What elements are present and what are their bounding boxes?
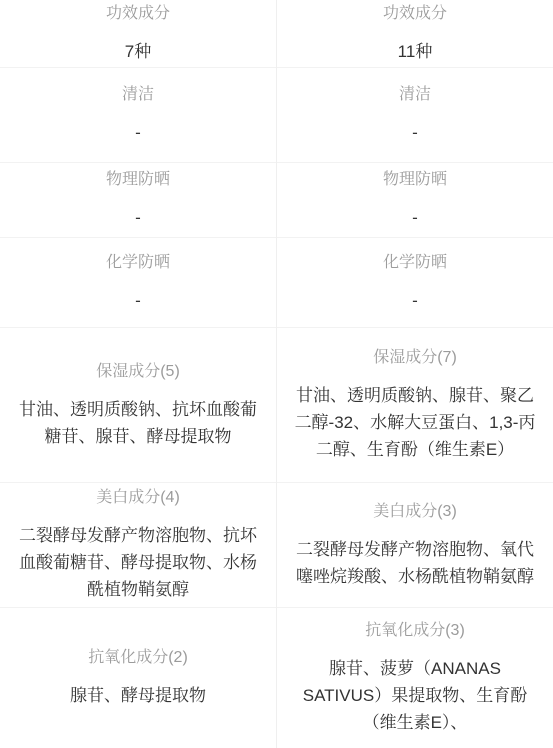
row-value: 腺苷、菠萝（ANANAS SATIVUS）果提取物、生育酚（维生素E）、	[289, 655, 541, 736]
row-value: -	[412, 204, 418, 231]
ingredient-compare-table: 功效成分 7种 清洁 - 物理防晒 - 化学防晒 - 保湿成分(5) 甘油、透明…	[0, 0, 553, 748]
table-row-effective-ingredients: 功效成分 11种	[277, 0, 553, 68]
row-label: 功效成分	[383, 3, 447, 25]
product-column-left: 功效成分 7种 清洁 - 物理防晒 - 化学防晒 - 保湿成分(5) 甘油、透明…	[0, 0, 276, 748]
table-row-chemical-sunscreen: 化学防晒 -	[277, 238, 553, 328]
row-label: 物理防晒	[106, 169, 170, 191]
table-row-physical-sunscreen: 物理防晒 -	[277, 163, 553, 238]
table-row-whitening: 美白成分(4) 二裂酵母发酵产物溶胞物、抗坏血酸葡糖苷、酵母提取物、水杨酰植物鞘…	[0, 483, 276, 608]
row-value: -	[412, 119, 418, 146]
table-row-moisturizing: 保湿成分(5) 甘油、透明质酸钠、抗坏血酸葡糖苷、腺苷、酵母提取物	[0, 328, 276, 483]
row-label: 保湿成分(7)	[373, 347, 457, 369]
row-label: 功效成分	[106, 3, 170, 25]
row-value: 7种	[125, 38, 151, 65]
row-label: 化学防晒	[383, 252, 447, 274]
row-label: 化学防晒	[106, 252, 170, 274]
row-value: 二裂酵母发酵产物溶胞物、抗坏血酸葡糖苷、酵母提取物、水杨酰植物鞘氨醇	[12, 522, 264, 603]
table-row-whitening: 美白成分(3) 二裂酵母发酵产物溶胞物、氧代噻唑烷羧酸、水杨酰植物鞘氨醇	[277, 483, 553, 608]
row-value: -	[412, 287, 418, 314]
table-row-effective-ingredients: 功效成分 7种	[0, 0, 276, 68]
row-label: 美白成分(3)	[373, 501, 457, 523]
row-value: -	[135, 119, 141, 146]
table-row-chemical-sunscreen: 化学防晒 -	[0, 238, 276, 328]
row-value: 腺苷、酵母提取物	[70, 682, 206, 709]
row-label: 美白成分(4)	[96, 487, 180, 509]
row-value: 甘油、透明质酸钠、抗坏血酸葡糖苷、腺苷、酵母提取物	[12, 396, 264, 450]
row-label: 保湿成分(5)	[96, 361, 180, 383]
table-row-physical-sunscreen: 物理防晒 -	[0, 163, 276, 238]
table-row-cleansing: 清洁 -	[277, 68, 553, 163]
row-value: -	[135, 287, 141, 314]
row-label: 抗氧化成分(2)	[88, 647, 188, 669]
row-value: 11种	[398, 38, 433, 65]
product-column-right: 功效成分 11种 清洁 - 物理防晒 - 化学防晒 - 保湿成分(7) 甘油、透…	[277, 0, 553, 748]
row-label: 清洁	[122, 84, 154, 106]
row-label: 清洁	[399, 84, 431, 106]
row-label: 物理防晒	[383, 169, 447, 191]
table-row-cleansing: 清洁 -	[0, 68, 276, 163]
row-value: 甘油、透明质酸钠、腺苷、聚乙二醇-32、水解大豆蛋白、1,3-丙二醇、生育酚（维…	[289, 382, 541, 463]
row-value: -	[135, 204, 141, 231]
table-row-antioxidant: 抗氧化成分(2) 腺苷、酵母提取物	[0, 608, 276, 748]
table-row-antioxidant: 抗氧化成分(3) 腺苷、菠萝（ANANAS SATIVUS）果提取物、生育酚（维…	[277, 608, 553, 748]
row-value: 二裂酵母发酵产物溶胞物、氧代噻唑烷羧酸、水杨酰植物鞘氨醇	[289, 536, 541, 590]
table-row-moisturizing: 保湿成分(7) 甘油、透明质酸钠、腺苷、聚乙二醇-32、水解大豆蛋白、1,3-丙…	[277, 328, 553, 483]
row-label: 抗氧化成分(3)	[365, 620, 465, 642]
